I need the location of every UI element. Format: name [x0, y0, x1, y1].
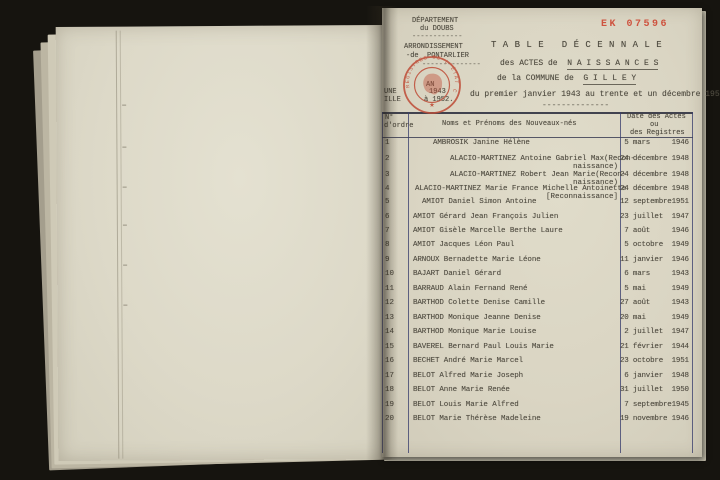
title-table-decennale: T A B L E D É C E N N A L E	[491, 41, 662, 49]
row-number: 15	[385, 343, 405, 351]
row-number: 16	[385, 357, 405, 365]
title-line3-prefix: de la COMMUNE de	[497, 74, 583, 83]
col-header-date-3: des Registres	[630, 130, 685, 137]
row-date: 19 novembre 1946	[620, 415, 693, 423]
binding-tick	[122, 147, 126, 148]
row-number: 18	[385, 386, 405, 394]
row-date: 23 octobre 1951	[620, 357, 693, 365]
title-commune: de la COMMUNE de G I L L E Y	[497, 75, 636, 83]
row-date: 20 mai 1949	[620, 314, 693, 322]
binding-rule-line	[116, 31, 120, 459]
row-number: 2	[385, 155, 405, 163]
table-row: 1AMBROSIK Janine Hélène 5 mars 1946	[382, 139, 693, 155]
table-rows: 1AMBROSIK Janine Hélène 5 mars 1946 2ALA…	[382, 137, 693, 457]
row-number: 1	[385, 139, 405, 147]
stamp-area-fragment: UNE	[384, 89, 397, 96]
row-name: AMIOT Jacques Léon Paul	[408, 241, 625, 249]
row-name: BARTHOD Monique Jeanne Denise	[408, 314, 625, 322]
row-number: 6	[385, 213, 405, 221]
binding-tick	[123, 305, 127, 306]
archive-reference-stamp: EK 07596	[601, 19, 669, 30]
row-name: BARTHOD Colette Denise Camille	[408, 299, 625, 307]
title-date-range: du premier janvier 1943 au trente et un …	[470, 91, 720, 99]
row-date: 23 juillet 1947	[620, 213, 693, 221]
row-number: 11	[385, 285, 405, 293]
row-number: 17	[385, 372, 405, 380]
marianne-profile	[423, 74, 442, 95]
row-date: 27 août 1943	[620, 299, 693, 307]
binding-tick	[122, 105, 126, 106]
row-name: BELOT Marie Thérèse Madeleine	[408, 415, 625, 423]
title-naissances-underlined: N A I S S A N C E S	[567, 59, 658, 70]
title-gilley-underlined: G I L L E Y	[583, 74, 636, 85]
row-name: BELOT Anne Marie Renée	[408, 386, 625, 394]
title-line2-prefix: des ACTES de	[500, 59, 567, 68]
row-number: 3	[385, 171, 405, 179]
row-number: 4	[385, 185, 405, 193]
row-date: 7 septembre1945	[620, 401, 693, 409]
row-name: ARNOUX Bernadette Marie Léone	[408, 256, 625, 264]
binding-tick	[123, 187, 127, 188]
department-label: DÉPARTEMENT	[412, 18, 458, 25]
row-name-continuation: naissance)	[408, 163, 618, 171]
scanned-register-photo: EK 07596 DÉPARTEMENT du DOUBS ----------…	[0, 0, 720, 480]
row-name: AMIOT Daniel Simon Antoine	[408, 198, 634, 206]
table-row: 12BARTHOD Colette Denise Camille27 août …	[382, 299, 693, 315]
row-name: BECHET André Marie Marcel	[408, 357, 625, 365]
civil-registry-round-stamp: REGISTRES DE L'ÉTAT CIVIL ★	[400, 53, 464, 117]
row-date: 5 mars 1946	[620, 139, 693, 147]
title-actes-naissances: des ACTES de N A I S S A N C E S	[500, 60, 658, 68]
row-number: 12	[385, 299, 405, 307]
row-number: 7	[385, 227, 405, 235]
row-date: 6 janvier 1948	[620, 372, 693, 380]
col-header-date-1: Date des Actes	[627, 114, 686, 121]
row-date: 24 décembre 1948	[620, 185, 693, 193]
row-name: BELOT Louis Marie Alfred	[408, 401, 625, 409]
row-number: 13	[385, 314, 405, 322]
row-number: 14	[385, 328, 405, 336]
table-row: 16BECHET André Marie Marcel23 octobre 19…	[382, 357, 693, 373]
binding-tick	[123, 225, 127, 226]
department-value: du DOUBS	[420, 26, 454, 33]
row-date: 2 juillet 1947	[620, 328, 693, 336]
row-number: 8	[385, 241, 405, 249]
col-header-order-number-2: d'ordre	[384, 123, 413, 130]
row-date: 11 janvier 1946	[620, 256, 693, 264]
row-name: BAVEREL Bernard Paul Louis Marie	[408, 343, 625, 351]
table-row: 14BARTHOD Monique Marie Louise 2 juillet…	[382, 328, 693, 344]
row-date: 21 février 1944	[620, 343, 693, 351]
row-date: 7 août 1946	[620, 227, 693, 235]
col-header-order-number: N°	[385, 115, 393, 122]
dashes-rule: ------------	[412, 34, 462, 41]
row-date: 24 décembre 1948	[620, 171, 693, 179]
row-number: 20	[385, 415, 405, 423]
row-date: 5 octobre 1949	[620, 241, 693, 249]
col-header-date-2: ou	[650, 122, 658, 129]
table-row: 18BELOT Anne Marie Renée31 juillet 1950	[382, 386, 693, 402]
row-number: 19	[385, 401, 405, 409]
row-name: BAJART Daniel Gérard	[408, 270, 625, 278]
row-date: 5 mai 1949	[620, 285, 693, 293]
col-header-names: Noms et Prénoms des Nouveaux-nés	[442, 121, 576, 128]
arrondissement-label: ARRONDISSEMENT	[404, 44, 463, 51]
table-row: 2ALACIO-MARTINEZ Antoine Gabriel Max(Rec…	[382, 155, 693, 171]
row-name: BARTHOD Monique Marie Louise	[408, 328, 625, 336]
row-number: 10	[385, 270, 405, 278]
row-date: 31 juillet 1950	[620, 386, 693, 394]
row-name: AMBROSIK Janine Hélène	[408, 139, 645, 147]
dashes-rule: --------------	[542, 102, 609, 110]
row-name: AMIOT Gérard Jean François Julien	[408, 213, 625, 221]
binding-rule-line	[120, 31, 124, 459]
row-date: 12 septembre1951	[620, 198, 693, 206]
left-blank-page	[56, 25, 392, 461]
binding-tick	[123, 265, 127, 266]
row-date: 24 décembre 1948	[620, 155, 693, 163]
row-number: 5	[385, 198, 405, 206]
table-row: 5AMIOT Daniel Simon Antoine12 septembre1…	[382, 198, 693, 214]
decennial-table: N° d'ordre Noms et Prénoms des Nouveaux-…	[382, 112, 693, 457]
table-row: 20BELOT Marie Thérèse Madeleine19 novemb…	[382, 415, 693, 431]
stamp-area-fragment: ILLE	[384, 97, 401, 104]
register-page: EK 07596 DÉPARTEMENT du DOUBS ----------…	[382, 8, 702, 457]
row-number: 9	[385, 256, 405, 264]
row-name: BARRAUD Alain Fernand René	[408, 285, 625, 293]
table-row: 10BAJART Daniel Gérard 6 mars 1943	[382, 270, 693, 286]
stamp-star: ★	[429, 100, 435, 110]
row-name: BELOT Alfred Marie Joseph	[408, 372, 625, 380]
table-row: 8AMIOT Jacques Léon Paul 5 octobre 1949	[382, 241, 693, 257]
row-date: 6 mars 1943	[620, 270, 693, 278]
row-name: AMIOT Gisèle Marcelle Berthe Laure	[408, 227, 625, 235]
